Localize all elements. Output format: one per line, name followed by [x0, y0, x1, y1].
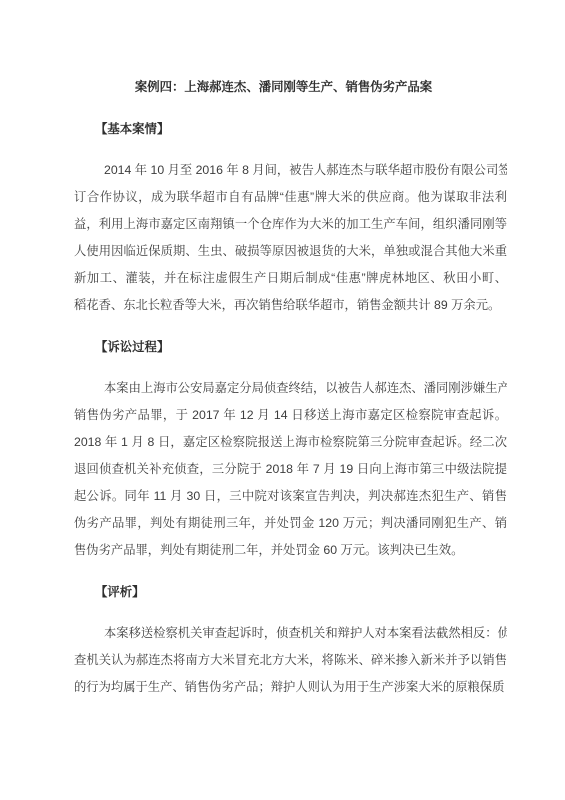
text-line: 的行为均属于生产、销售伪劣产品；辩护人则认为用于生产涉案大米的原粮保质 [74, 674, 507, 701]
text-line: 订合作协议，成为联华超市自有品牌“佳惠”牌大米的供应商。他为谋取非法利 [74, 184, 507, 211]
section-commentary: 【评析】 本案移送检察机关审查起诉时，侦查机关和辩护人对本案看法截然相反：侦查机… [74, 579, 507, 701]
text-line: 起公诉。同年 11 月 30 日，三中院对该案宣告判决，判决郝连杰犯生产、销售 [74, 483, 507, 510]
text-line: 本案移送检察机关审查起诉时，侦查机关和辩护人对本案看法截然相反：侦 [74, 620, 507, 647]
section-basic-facts: 【基本案情】 2014 年 10 月至 2016 年 8 月间，被告人郝连杰与联… [74, 116, 507, 319]
text-line: 2018 年 1 月 8 日，嘉定区检察院报送上海市检察院第三分院审查起诉。经二… [74, 429, 507, 456]
text-line: 查机关认为郝连杰将南方大米冒充北方大米，将陈米、碎米掺入新米并予以销售 [74, 647, 507, 674]
paragraph-basic-facts: 2014 年 10 月至 2016 年 8 月间，被告人郝连杰与联华超市股份有限… [74, 157, 507, 319]
text-line: 稻花香、东北长粒香等大米，再次销售给联华超市，销售金额共计 89 万余元。 [74, 292, 507, 319]
text-line: 本案由上海市公安局嘉定分局侦查终结，以被告人郝连杰、潘同刚涉嫌生产、 [74, 375, 507, 402]
text-line: 伪劣产品罪，判处有期徒刑三年，并处罚金 120 万元；判决潘同刚犯生产、销 [74, 510, 507, 537]
section-litigation-process: 【诉讼过程】 本案由上海市公安局嘉定分局侦查终结，以被告人郝连杰、潘同刚涉嫌生产… [74, 334, 507, 564]
paragraph-commentary: 本案移送检察机关审查起诉时，侦查机关和辩护人对本案看法截然相反：侦查机关认为郝连… [74, 620, 507, 701]
document-page: 案例四：上海郝连杰、潘同刚等生产、销售伪劣产品案 【基本案情】 2014 年 1… [0, 0, 565, 800]
page-title: 案例四：上海郝连杰、潘同刚等生产、销售伪劣产品案 [74, 74, 493, 101]
paragraph-litigation-process: 本案由上海市公安局嘉定分局侦查终结，以被告人郝连杰、潘同刚涉嫌生产、销售伪劣产品… [74, 375, 507, 564]
section-heading-basic-facts: 【基本案情】 [74, 116, 507, 143]
text-line: 销售伪劣产品罪，于 2017 年 12 月 14 日移送上海市嘉定区检察院审查起… [74, 402, 507, 429]
text-line: 2014 年 10 月至 2016 年 8 月间，被告人郝连杰与联华超市股份有限… [74, 157, 507, 184]
text-line: 人使用因临近保质期、生虫、破损等原因被退货的大米，单独或混合其他大米重 [74, 238, 507, 265]
text-line: 新加工、灌装，并在标注虚假生产日期后制成“佳惠”牌虎林地区、秋田小町、 [74, 265, 507, 292]
text-line: 退回侦查机关补充侦查，三分院于 2018 年 7 月 19 日向上海市第三中级法… [74, 456, 507, 483]
section-heading-litigation-process: 【诉讼过程】 [74, 334, 507, 361]
text-line: 益，利用上海市嘉定区南翔镇一个仓库作为大米的加工生产车间，组织潘同刚等 [74, 211, 507, 238]
section-heading-commentary: 【评析】 [74, 579, 507, 606]
text-line: 售伪劣产品罪，判处有期徒刑二年，并处罚金 60 万元。该判决已生效。 [74, 537, 507, 564]
